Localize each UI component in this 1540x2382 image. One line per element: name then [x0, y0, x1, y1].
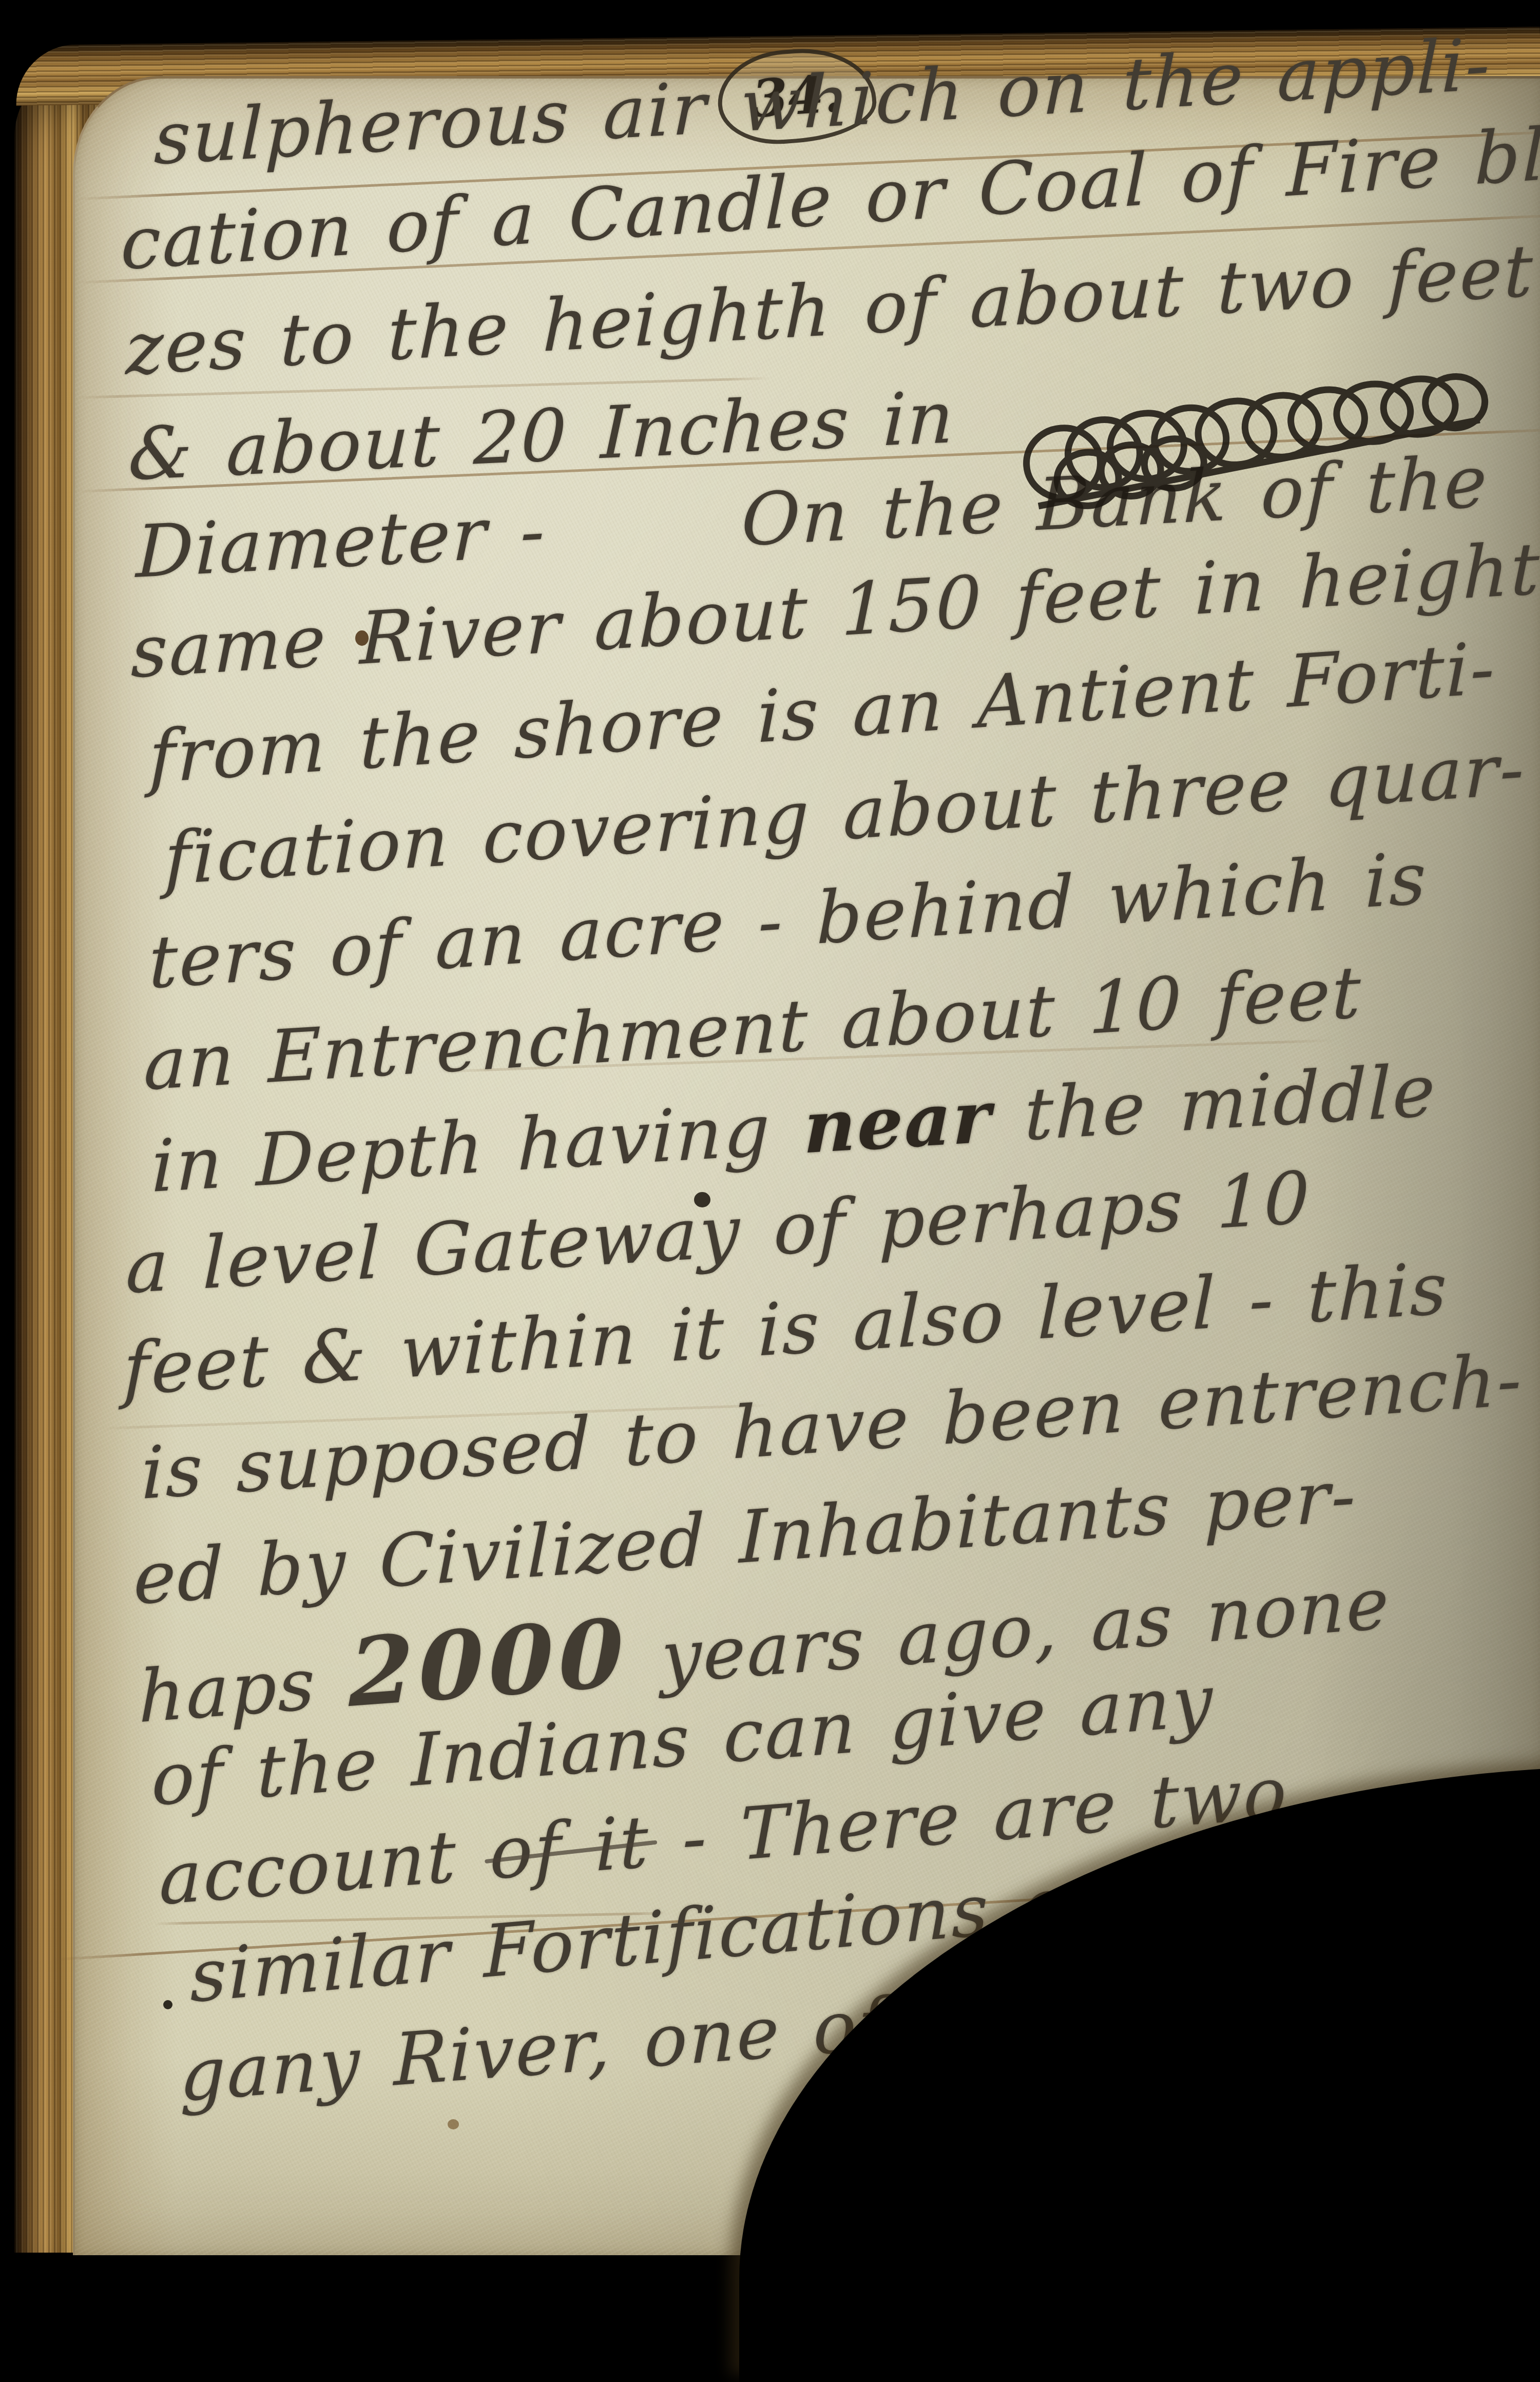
ink-spot	[448, 2119, 459, 2129]
ink-spot	[163, 2000, 172, 2009]
photographed-book-page: 34. sulpherous air which on the appli- c…	[0, 0, 1540, 2253]
overwritten-word: near	[803, 1075, 992, 1170]
struck-through-words: of it	[489, 1802, 650, 1894]
ink-spot	[694, 1192, 710, 1207]
line-text: haps	[139, 1640, 349, 1739]
ink-spot	[355, 630, 369, 646]
